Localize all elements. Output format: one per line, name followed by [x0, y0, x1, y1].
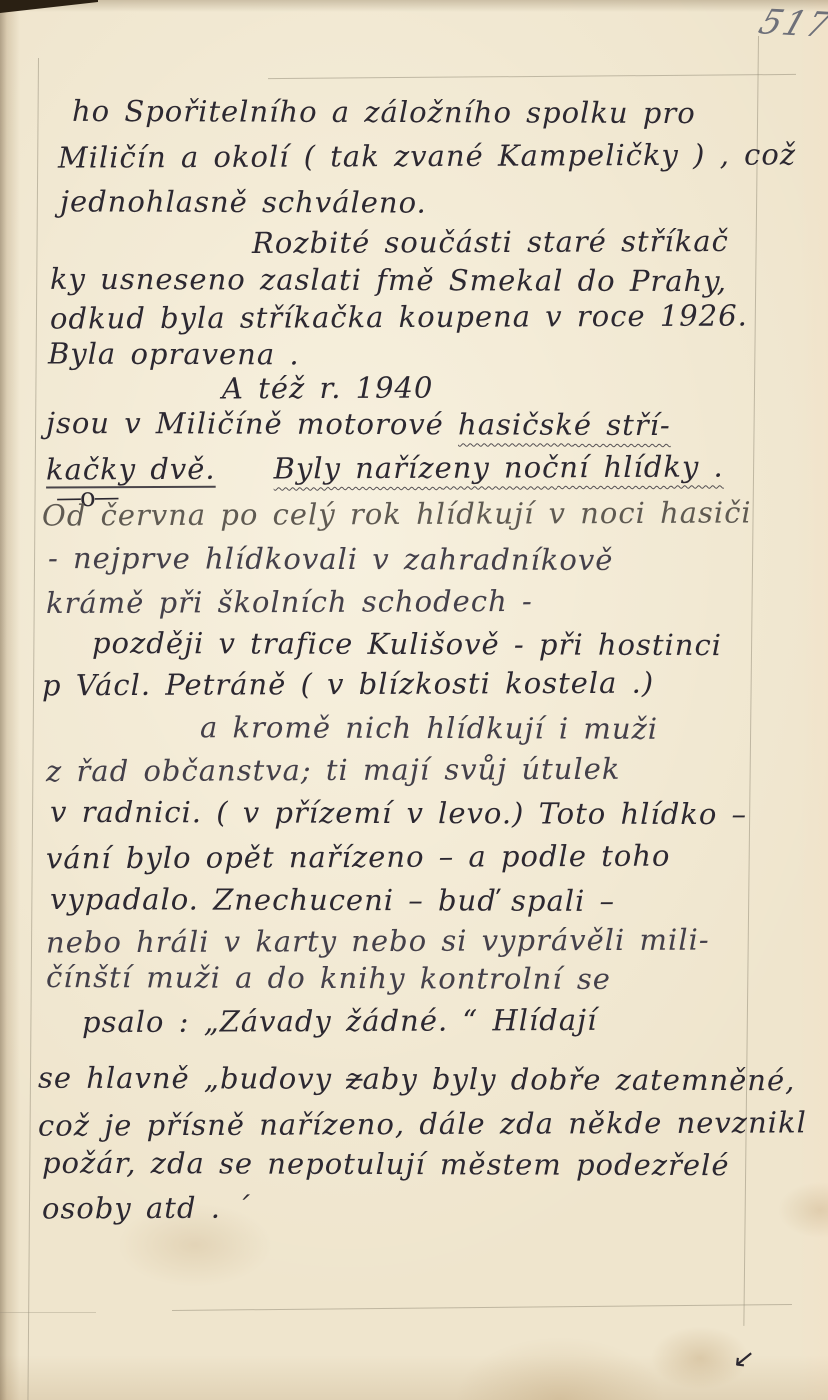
margin-line-left	[27, 58, 39, 1400]
manuscript-line: ho Spořitelního a záložního spolku pro	[72, 95, 696, 131]
manuscript-line: později v trafice Kulišově - při hostinc…	[92, 627, 722, 663]
manuscript-page: 517 ho Spořitelního a záložního spolku p…	[0, 0, 828, 1400]
book-binding-edge	[0, 0, 98, 15]
manuscript-line: odkud byla stříkačka koupena v roce 1926…	[50, 299, 748, 335]
manuscript-line: čínští muži a do knihy kontrolní se	[46, 961, 611, 996]
manuscript-line: Miličín a okolí ( tak zvané Kampeličky )…	[58, 138, 796, 175]
page-number: 517	[754, 2, 828, 46]
manuscript-line: Rozbité součásti staré stříkač	[252, 225, 729, 260]
manuscript-line: vypadalo. Znechuceni – buď spali –	[50, 883, 615, 918]
manuscript-line: a kromě nich hlídkují i muži	[200, 711, 658, 746]
manuscript-line: Od června po celý rok hlídkují v noci ha…	[42, 496, 752, 532]
arrow-mark: ↙	[731, 1343, 756, 1375]
manuscript-line: A též r. 1940	[222, 372, 434, 406]
manuscript-line: nebo hráli v karty nebo si vyprávěli mil…	[46, 924, 710, 960]
manuscript-line: vání bylo opět nařízeno – a podle toho	[46, 840, 671, 876]
wavy-underlined-text: Byly nařízeny noční hlídky .	[274, 450, 724, 486]
manuscript-line: krámě při školních schodech -	[46, 585, 533, 620]
manuscript-line: jsou v Miličíně motorové hasičské stří-	[46, 407, 671, 443]
manuscript-line: osoby atd . ˊ	[42, 1192, 251, 1226]
line-plain-text: jsou v Miličíně motorové	[46, 406, 458, 441]
manuscript-line: kačky dvě.Byly nařízeny noční hlídky .	[46, 451, 724, 487]
manuscript-line: se hlavně „budovy zaby byly dobře zatemn…	[38, 1062, 796, 1098]
wavy-underlined-text: hasičské stří-	[458, 407, 671, 442]
manuscript-line: p Václ. Petráně ( v blízkosti kostela .)	[42, 667, 654, 703]
manuscript-line: ky usneseno zaslati fmě Smekal do Prahy,	[50, 263, 727, 299]
manuscript-line: Byla opravena .	[48, 338, 300, 372]
line-plain-text: aby byly dobře zatemněné,	[362, 1062, 795, 1098]
manuscript-line: požár, zda se nepotulují městem podezřel…	[42, 1147, 730, 1183]
manuscript-line: psalo : „Závady žádné. “ Hlídají	[82, 1004, 598, 1040]
manuscript-line: z řad občanstva; ti mají svůj útulek	[46, 753, 621, 789]
struck-letter: z	[346, 1062, 362, 1096]
manuscript-line: což je přísně nařízeno, dále zda někde n…	[38, 1106, 807, 1143]
line-plain-text: se hlavně „budovy	[38, 1061, 346, 1096]
manuscript-line: v radnici. ( v přízemí v levo.) Toto hlí…	[50, 796, 747, 832]
manuscript-line: - nejprve hlídkovali v zahradníkově	[48, 542, 614, 577]
margin-line-bottom	[172, 1304, 792, 1311]
underlined-text: kačky dvě.	[46, 452, 216, 487]
manuscript-line: jednohlasně schváleno.	[60, 185, 427, 220]
margin-line-top	[268, 74, 796, 79]
margin-line-bottom-left-fragment	[0, 1312, 96, 1313]
